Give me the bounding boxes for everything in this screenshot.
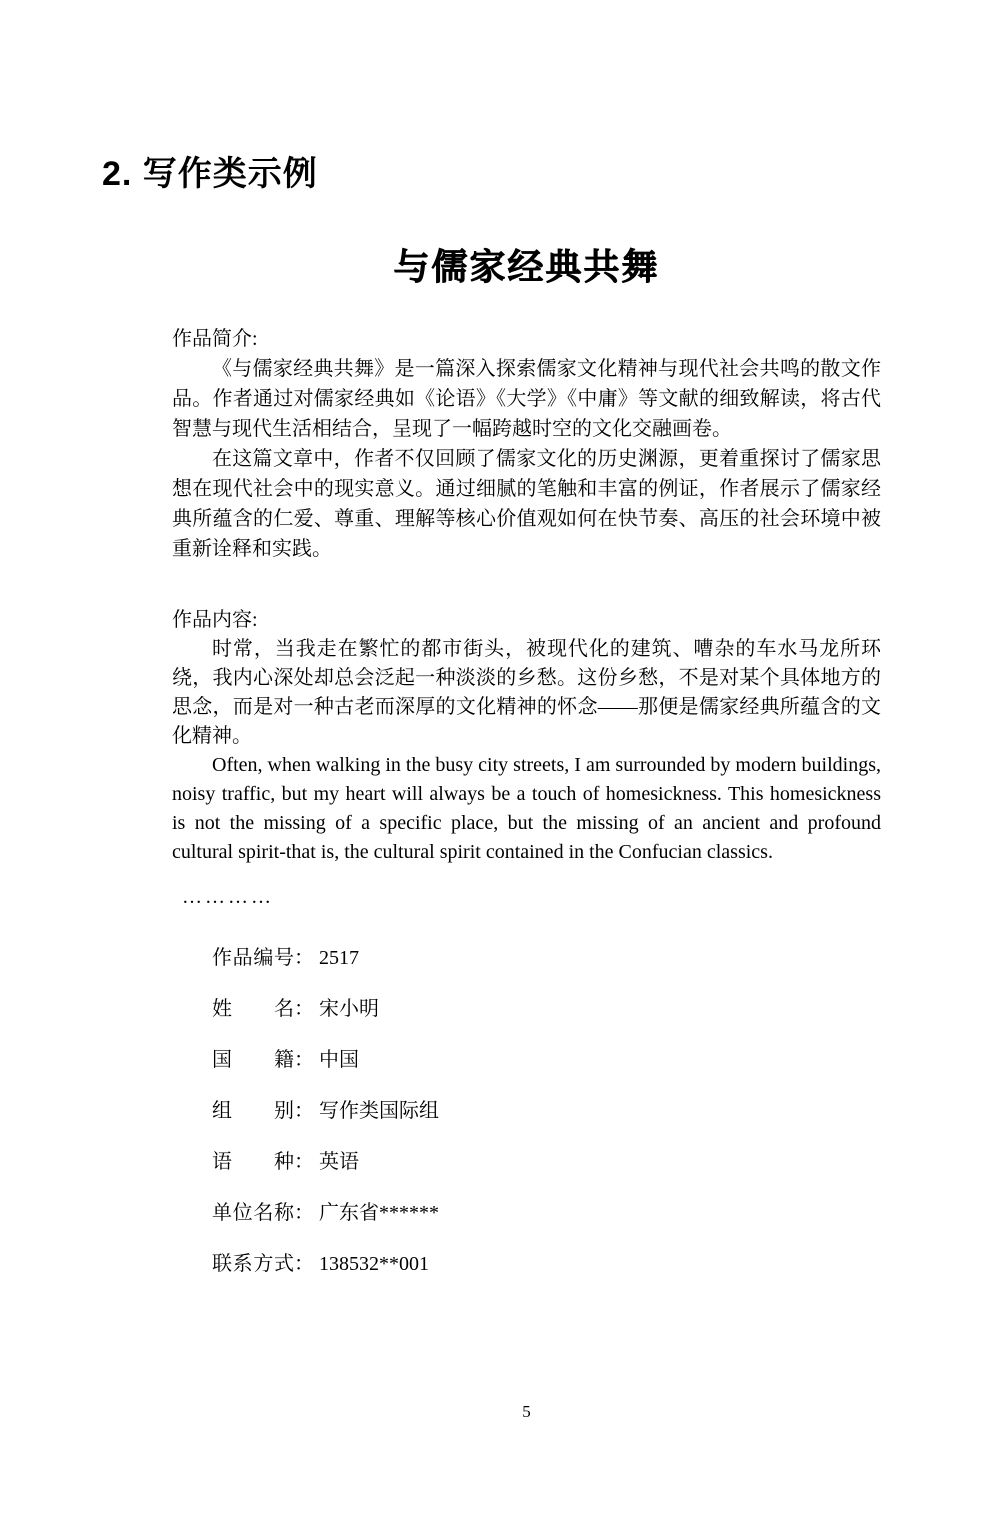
- field-label: 国籍: [212, 1048, 294, 1072]
- content-label: 作品内容:: [172, 606, 881, 635]
- entry-fields: 作品编号：2517 姓名：宋小明 国籍：中国 组别：写作类国际组 语种：英语 单…: [212, 946, 439, 1303]
- field-label: 组别: [212, 1099, 294, 1123]
- content-section: 作品内容: 时常，当我走在繁忙的都市街头，被现代化的建筑、嘈杂的车水马龙所环绕，…: [172, 606, 881, 912]
- field-colon: ：: [294, 1252, 314, 1276]
- intro-section: 作品简介: 《与儒家经典共舞》是一篇深入探索儒家文化精神与现代社会共鸣的散文作品…: [172, 324, 881, 564]
- content-paragraph-zh: 时常，当我走在繁忙的都市街头，被现代化的建筑、嘈杂的车水马龙所环绕，我内心深处却…: [172, 635, 881, 751]
- content-paragraph-en: Often, when walking in the busy city str…: [172, 751, 881, 867]
- field-colon: ：: [294, 1201, 314, 1225]
- field-label: 语种: [212, 1150, 294, 1174]
- document-page: 2. 写作类示例 与儒家经典共舞 作品简介: 《与儒家经典共舞》是一篇深入探索儒…: [0, 0, 984, 1527]
- field-row-name: 姓名：宋小明: [212, 997, 439, 1021]
- field-label: 作品编号: [212, 946, 294, 970]
- field-label: 联系方式: [212, 1252, 294, 1276]
- intro-paragraph-2: 在这篇文章中，作者不仅回顾了儒家文化的历史渊源，更着重探讨了儒家思想在现代社会中…: [172, 444, 881, 564]
- field-label: 姓名: [212, 997, 294, 1021]
- intro-label: 作品简介:: [172, 324, 881, 354]
- field-row-organization: 单位名称：广东省******: [212, 1201, 439, 1225]
- field-row-contact: 联系方式：138532**001: [212, 1252, 439, 1276]
- field-colon: ：: [294, 946, 314, 970]
- ellipsis-line: …………: [172, 883, 881, 912]
- field-value: 138532**001: [319, 1253, 429, 1275]
- field-value: 广东省******: [319, 1202, 439, 1224]
- field-colon: ：: [294, 1048, 314, 1072]
- field-value: 宋小明: [319, 998, 379, 1020]
- field-colon: ：: [294, 1150, 314, 1174]
- field-value: 中国: [319, 1049, 359, 1071]
- intro-paragraph-1: 《与儒家经典共舞》是一篇深入探索儒家文化精神与现代社会共鸣的散文作品。作者通过对…: [172, 354, 881, 444]
- field-value: 2517: [319, 947, 359, 969]
- page-number: 5: [172, 1402, 881, 1422]
- field-value: 写作类国际组: [319, 1100, 439, 1122]
- field-colon: ：: [294, 1099, 314, 1123]
- work-title: 与儒家经典共舞: [172, 244, 881, 290]
- field-colon: ：: [294, 997, 314, 1021]
- field-row-work-number: 作品编号：2517: [212, 946, 439, 970]
- field-row-nationality: 国籍：中国: [212, 1048, 439, 1072]
- field-row-language: 语种：英语: [212, 1150, 439, 1174]
- field-label: 单位名称: [212, 1201, 294, 1225]
- field-value: 英语: [319, 1151, 359, 1173]
- field-row-group: 组别：写作类国际组: [212, 1099, 439, 1123]
- section-heading: 2. 写作类示例: [102, 152, 318, 196]
